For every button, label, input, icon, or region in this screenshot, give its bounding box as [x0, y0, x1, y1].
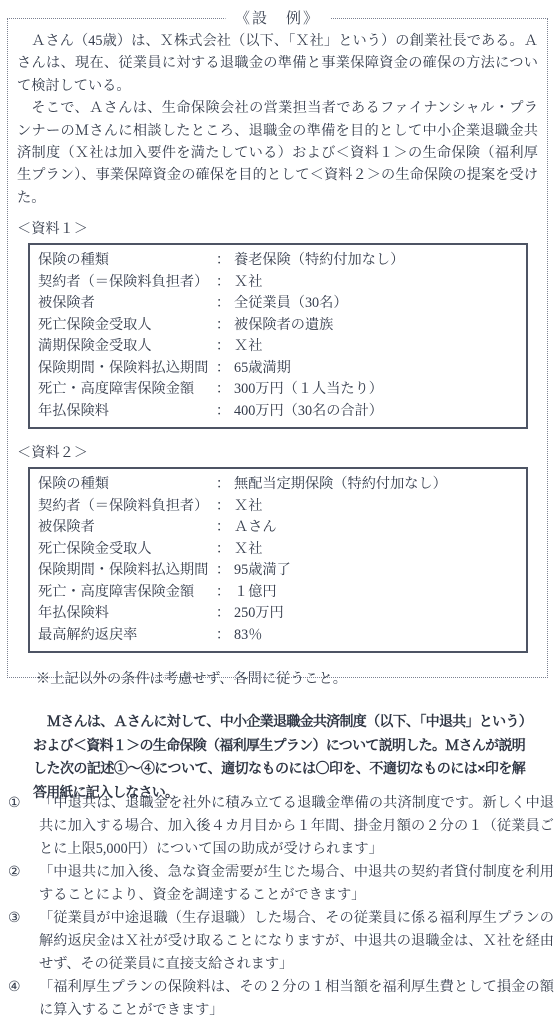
table-row: 保険の種類：無配当定期保険（特約付加なし） [30, 474, 526, 496]
row-value: Ｘ社 [234, 539, 526, 561]
row-label: 契約者（＝保険料負担者） [30, 496, 212, 518]
question-intro: Ｍさんは、Ａさんに対して、中小企業退職金共済制度（以下、「中退共」という）および… [33, 710, 525, 804]
row-colon: ： [212, 315, 234, 337]
table-row: 保険期間・保険料払込期間：65歳満期 [30, 358, 526, 380]
row-value: 250万円 [234, 603, 526, 625]
table-row: 死亡・高度障害保険金額：300万円（１人当たり） [30, 379, 526, 401]
row-label: 保険の種類 [30, 474, 212, 496]
case-paragraph-2: そこで、Ａさんは、生命保険会社の営業担当者であるファイナンシャル・プランナーのＭ… [17, 97, 538, 209]
item-text: 「従業員が中途退職（生存退職）した場合、その従業員に係る福利厚生プランの解約返戻… [39, 907, 554, 976]
row-value: 全従業員（30名） [234, 293, 526, 315]
row-colon: ： [212, 293, 234, 315]
table-row: 年払保険料：250万円 [30, 603, 526, 625]
table-row: 死亡保険金受取人：Ｘ社 [30, 539, 526, 561]
question-item: ④ 「福利厚生プランの保険料は、その２分の１相当額を福利厚生費として損金の額に算… [8, 976, 554, 1022]
table-row: 契約者（＝保険料負担者）：Ｘ社 [30, 272, 526, 294]
row-value: Ｘ社 [234, 336, 526, 358]
row-label: 保険期間・保険料払込期間 [30, 560, 212, 582]
question-item: ① 「中退共は、退職金を社外に積み立てる退職金準備の共済制度です。新しく中退共に… [8, 792, 554, 861]
table-row: 被保険者：全従業員（30名） [30, 293, 526, 315]
row-label: 死亡・高度障害保険金額 [30, 379, 212, 401]
row-value: Ｘ社 [234, 496, 526, 518]
row-label: 年払保険料 [30, 603, 212, 625]
item-number: ④ [8, 976, 39, 1022]
row-value: 無配当定期保険（特約付加なし） [234, 474, 526, 496]
row-colon: ： [212, 517, 234, 539]
table-row: 保険期間・保険料払込期間：95歳満了 [30, 560, 526, 582]
row-value: １億円 [234, 582, 526, 604]
item-number: ① [8, 792, 39, 861]
row-label: 死亡保険金受取人 [30, 539, 212, 561]
row-colon: ： [212, 582, 234, 604]
shiryo1-label: ＜資料１＞ [17, 218, 538, 240]
row-label: 満期保険金受取人 [30, 336, 212, 358]
case-paragraph-1: Ａさん（45歳）は、Ｘ株式会社（以下、「Ｘ社」という）の創業社長である。Ａさんは… [17, 30, 538, 97]
table-row: 年払保険料：400万円（30名の合計） [30, 401, 526, 423]
item-text: 「福利厚生プランの保険料は、その２分の１相当額を福利厚生費として損金の額に算入す… [39, 976, 554, 1022]
shiryo2-label: ＜資料２＞ [17, 442, 538, 464]
row-label: 保険の種類 [30, 250, 212, 272]
row-label: 被保険者 [30, 293, 212, 315]
row-value: 65歳満期 [234, 358, 526, 380]
row-colon: ： [212, 358, 234, 380]
row-label: 年払保険料 [30, 401, 212, 423]
row-colon: ： [212, 539, 234, 561]
row-value: 養老保険（特約付加なし） [234, 250, 526, 272]
row-value: 400万円（30名の合計） [234, 401, 526, 423]
row-colon: ： [212, 336, 234, 358]
row-value: Ｘ社 [234, 272, 526, 294]
question-items: ① 「中退共は、退職金を社外に積み立てる退職金準備の共済制度です。新しく中退共に… [8, 792, 554, 1022]
row-colon: ： [212, 474, 234, 496]
shiryo1-table: 保険の種類：養老保険（特約付加なし） 契約者（＝保険料負担者）：Ｘ社 被保険者：… [28, 243, 528, 429]
row-label: 被保険者 [30, 517, 212, 539]
row-colon: ： [212, 401, 234, 423]
row-value: 300万円（１人当たり） [234, 379, 526, 401]
conditions-note: ※上記以外の条件は考慮せず、各問に従うこと。 [36, 668, 538, 690]
item-number: ② [8, 861, 39, 907]
row-label: 死亡・高度障害保険金額 [30, 582, 212, 604]
item-text: 「中退共は、退職金を社外に積み立てる退職金準備の共済制度です。新しく中退共に加入… [39, 792, 554, 861]
row-colon: ： [212, 496, 234, 518]
case-example-title: 《設 例》 [225, 7, 330, 28]
row-label: 最高解約返戻率 [30, 625, 212, 647]
row-colon: ： [212, 379, 234, 401]
item-text: 「中退共に加入後、急な資金需要が生じた場合、中退共の契約者貸付制度を利用すること… [39, 861, 554, 907]
row-label: 死亡保険金受取人 [30, 315, 212, 337]
row-colon: ： [212, 603, 234, 625]
table-row: 最高解約返戻率：83％ [30, 625, 526, 647]
shiryo2-table: 保険の種類：無配当定期保険（特約付加なし） 契約者（＝保険料負担者）：Ｘ社 被保… [28, 467, 528, 653]
table-row: 保険の種類：養老保険（特約付加なし） [30, 250, 526, 272]
row-value: 83％ [234, 625, 526, 647]
table-row: 満期保険金受取人：Ｘ社 [30, 336, 526, 358]
item-number: ③ [8, 907, 39, 976]
table-row: 被保険者：Ａさん [30, 517, 526, 539]
row-label: 保険期間・保険料払込期間 [30, 358, 212, 380]
row-value: 被保険者の遺族 [234, 315, 526, 337]
row-value: 95歳満了 [234, 560, 526, 582]
table-row: 死亡保険金受取人：被保険者の遺族 [30, 315, 526, 337]
table-row: 死亡・高度障害保険金額：１億円 [30, 582, 526, 604]
question-item: ② 「中退共に加入後、急な資金需要が生じた場合、中退共の契約者貸付制度を利用する… [8, 861, 554, 907]
row-colon: ： [212, 272, 234, 294]
case-example-box: 《設 例》 Ａさん（45歳）は、Ｘ株式会社（以下、「Ｘ社」という）の創業社長であ… [7, 18, 548, 678]
question-item: ③ 「従業員が中途退職（生存退職）した場合、その従業員に係る福利厚生プランの解約… [8, 907, 554, 976]
row-value: Ａさん [234, 517, 526, 539]
row-colon: ： [212, 560, 234, 582]
row-colon: ： [212, 625, 234, 647]
table-row: 契約者（＝保険料負担者）：Ｘ社 [30, 496, 526, 518]
row-colon: ： [212, 250, 234, 272]
row-label: 契約者（＝保険料負担者） [30, 272, 212, 294]
